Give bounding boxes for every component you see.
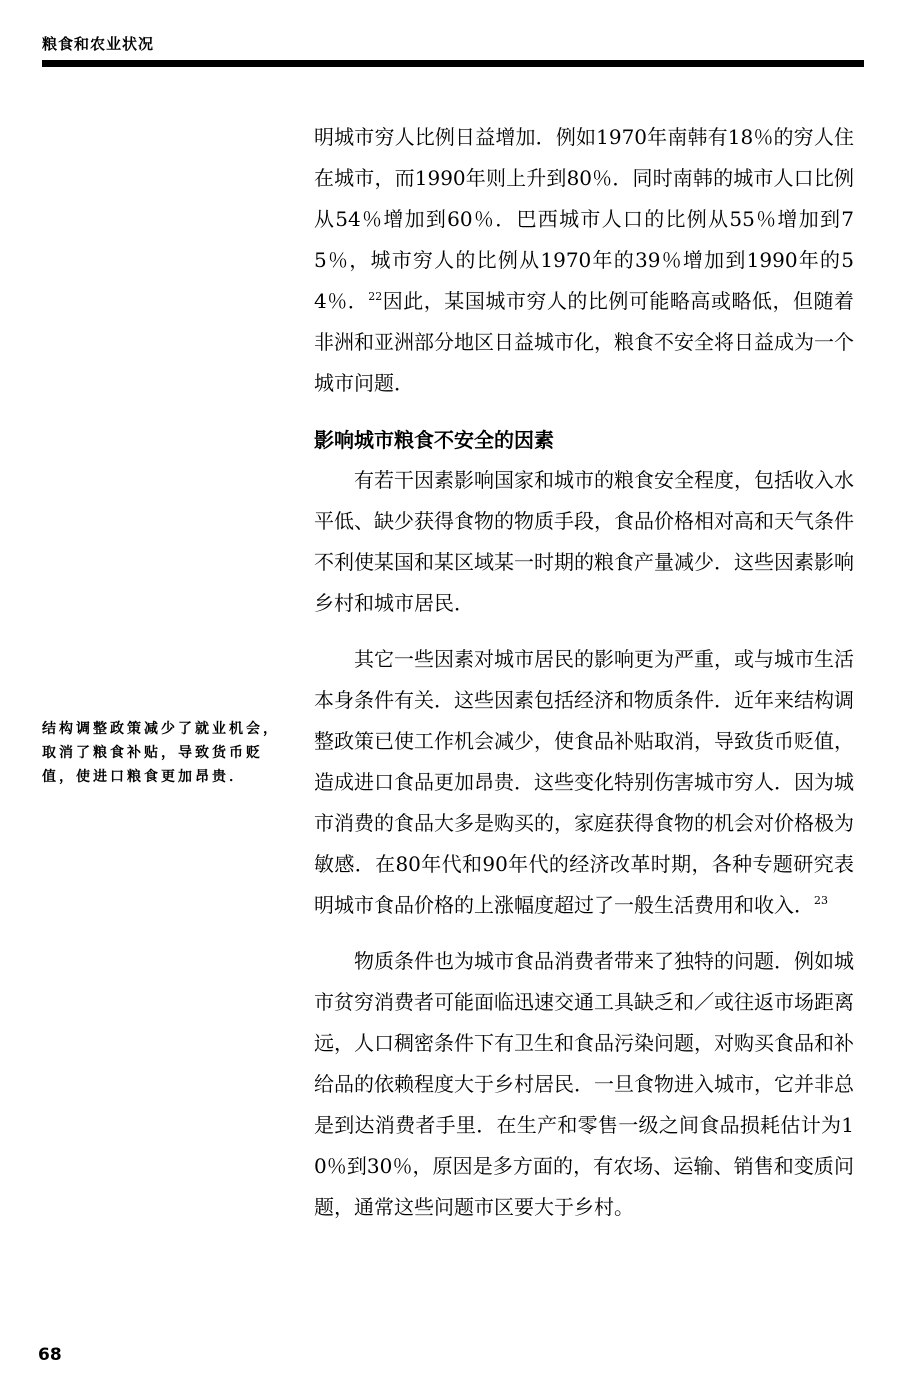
paragraph-text: 明城市穷人比例日益增加．例如1970年南韩有18％的穷人住在城市，而1990年则…: [314, 125, 854, 313]
paragraph-food-security-factors: 有若干因素影响国家和城市的粮食安全程度，包括收入水平低、缺少获得食物的物质手段，…: [314, 460, 854, 624]
paragraph-text: 其它一些因素对城市居民的影响更为严重，或与城市生活本身条件有关．这些因素包括经济…: [314, 647, 854, 917]
paragraph-text: 因此，某国城市穷人的比例可能略高或略低，但随着非洲和亚洲部分地区日益城市化，粮食…: [314, 289, 854, 395]
margin-note: 结构调整政策减少了就业机会，取消了粮食补贴，导致货币贬值，使进口粮食更加昂贵．: [42, 717, 280, 789]
paragraph-urban-specific-factors: 其它一些因素对城市居民的影响更为严重，或与城市生活本身条件有关．这些因素包括经济…: [314, 639, 854, 926]
footnote-reference-23: 23: [814, 894, 828, 907]
section-heading: 影响城市粮食不安全的因素: [314, 422, 854, 458]
paragraph-physical-conditions: 物质条件也为城市食品消费者带来了独特的问题．例如城市贫穷消费者可能面临迅速交通工…: [314, 941, 854, 1228]
header-rule: [42, 60, 864, 67]
page-number: 68: [38, 1345, 62, 1365]
paragraph-urban-poverty-statistics: 明城市穷人比例日益增加．例如1970年南韩有18％的穷人住在城市，而1990年则…: [314, 117, 854, 404]
running-title: 粮食和农业状况: [42, 33, 154, 54]
footnote-reference-22: 22: [368, 290, 382, 303]
main-text-column: 明城市穷人比例日益增加．例如1970年南韩有18％的穷人住在城市，而1990年则…: [314, 117, 854, 1228]
